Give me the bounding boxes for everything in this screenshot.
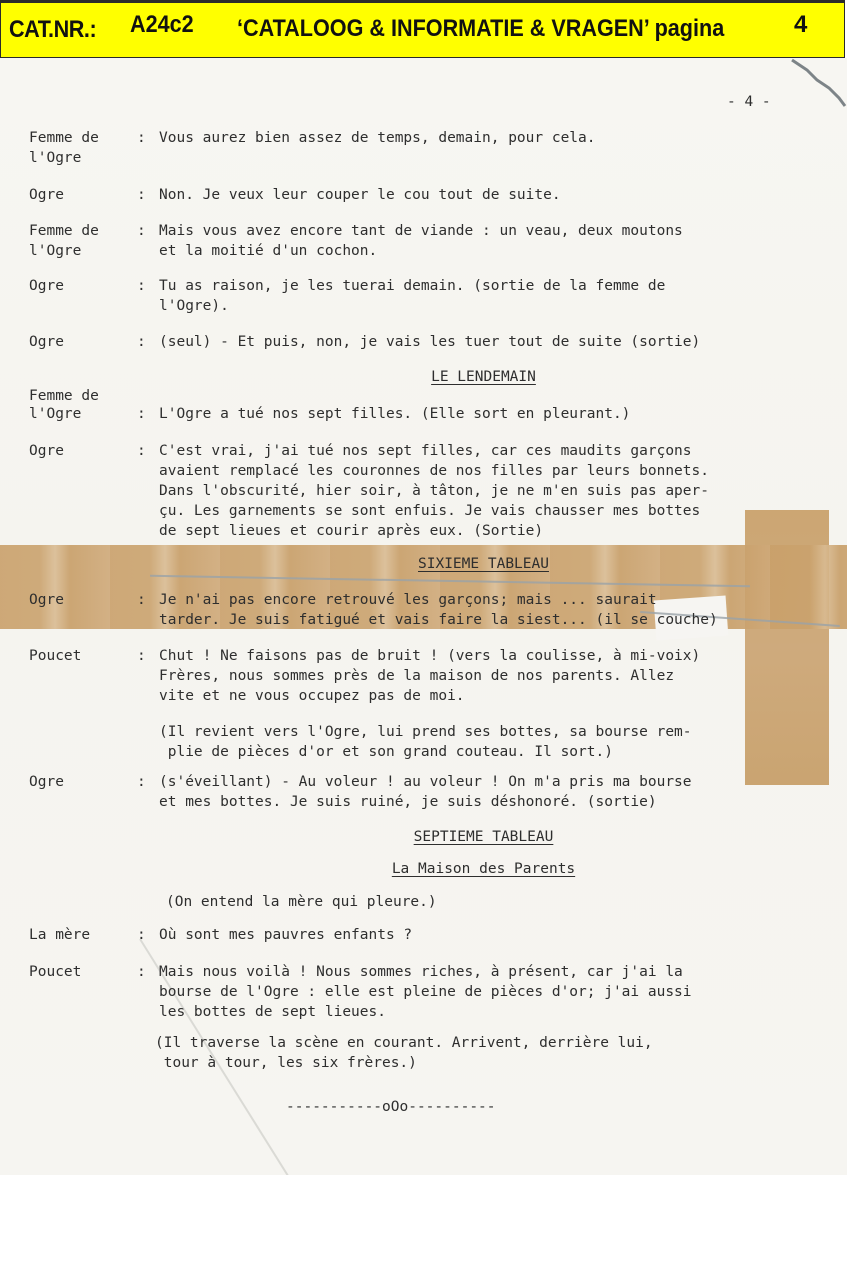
dialogue-line: C'est vrai, j'ai tué nos sept filles, ca… xyxy=(159,441,692,461)
catalog-number-label: CAT.NR.: xyxy=(9,16,96,44)
scanned-page: - 4 -Femme del'Ogre:Vous aurez bien asse… xyxy=(0,58,847,1175)
speaker-name: Ogre xyxy=(29,441,64,461)
dialogue-line: çu. Les garnements se sont enfuis. Je va… xyxy=(159,501,700,521)
stage-direction: plie de pièces d'or et son grand couteau… xyxy=(159,742,613,762)
speaker-name: Femme de xyxy=(29,221,99,241)
catalog-header-bar: CAT.NR.: A24c2 ‘CATALOOG & INFORMATIE & … xyxy=(0,0,845,58)
dialogue-line: Mais nous voilà ! Nous sommes riches, à … xyxy=(159,962,683,982)
section-heading: SIXIEME TABLEAU xyxy=(0,554,847,574)
dialogue-line: l'Ogre). xyxy=(159,296,229,316)
dialogue-line: Tu as raison, je les tuerai demain. (sor… xyxy=(159,276,665,296)
dialogue-line: Dans l'obscurité, hier soir, à tâton, je… xyxy=(159,481,709,501)
speaker-name: Ogre xyxy=(29,276,64,296)
dialogue-line: (s'éveillant) - Au voleur ! au voleur ! … xyxy=(159,772,692,792)
speaker-separator: : xyxy=(137,590,146,610)
dialogue-line: Frères, nous sommes près de la maison de… xyxy=(159,666,674,686)
dialogue-line: tarder. Je suis fatigué et vais faire la… xyxy=(159,610,718,630)
end-divider: -----------oOo---------- xyxy=(286,1097,496,1117)
dialogue-line: et mes bottes. Je suis ruiné, je suis dé… xyxy=(159,792,657,812)
speaker-name: Ogre xyxy=(29,590,64,610)
dialogue-line: vite et ne vous occupez pas de moi. xyxy=(159,686,465,706)
speaker-separator: : xyxy=(137,441,146,461)
dialogue-line: bourse de l'Ogre : elle est pleine de pi… xyxy=(159,982,692,1002)
dialogue-line: L'Ogre a tué nos sept filles. (Elle sort… xyxy=(159,404,630,424)
speaker-name: Femme de xyxy=(29,386,99,406)
dialogue-line: Chut ! Ne faisons pas de bruit ! (vers l… xyxy=(159,646,700,666)
dialogue-line: (seul) - Et puis, non, je vais les tuer … xyxy=(159,332,700,352)
dialogue-line: Vous aurez bien assez de temps, demain, … xyxy=(159,128,596,148)
page-marker: - 4 - xyxy=(727,92,771,112)
speaker-name: Ogre xyxy=(29,772,64,792)
speaker-name: Poucet xyxy=(29,646,81,666)
dialogue-line: Mais vous avez encore tant de viande : u… xyxy=(159,221,683,241)
dialogue-line: de sept lieues et courir après eux. (Sor… xyxy=(159,521,543,541)
stage-direction: (Il revient vers l'Ogre, lui prend ses b… xyxy=(159,722,692,742)
dialogue-line: Non. Je veux leur couper le cou tout de … xyxy=(159,185,561,205)
section-heading: LE LENDEMAIN xyxy=(0,367,847,387)
speaker-name: l'Ogre xyxy=(29,148,81,168)
speaker-separator: : xyxy=(137,962,146,982)
catalog-number-value: A24c2 xyxy=(130,11,194,39)
speaker-separator: : xyxy=(137,276,146,296)
speaker-name: l'Ogre xyxy=(29,404,81,424)
speaker-name: La mère xyxy=(29,925,90,945)
dialogue-line: avaient remplacé les couronnes de nos fi… xyxy=(159,461,709,481)
dialogue-line: Je n'ai pas encore retrouvé les garçons;… xyxy=(159,590,657,610)
catalog-title: ‘CATALOOG & INFORMATIE & VRAGEN’ pagina xyxy=(237,15,724,43)
speaker-name: l'Ogre xyxy=(29,241,81,261)
stage-direction: tour à tour, les six frères.) xyxy=(155,1053,417,1073)
stage-direction: (On entend la mère qui pleure.) xyxy=(166,892,437,912)
section-heading: SEPTIEME TABLEAU xyxy=(0,827,847,847)
dialogue-line: les bottes de sept lieues. xyxy=(159,1002,386,1022)
speaker-separator: : xyxy=(137,772,146,792)
speaker-separator: : xyxy=(137,128,146,148)
speaker-separator: : xyxy=(137,925,146,945)
speaker-separator: : xyxy=(137,404,146,424)
speaker-name: Ogre xyxy=(29,332,64,352)
speaker-separator: : xyxy=(137,185,146,205)
speaker-separator: : xyxy=(137,221,146,241)
speaker-name: Femme de xyxy=(29,128,99,148)
speaker-name: Poucet xyxy=(29,962,81,982)
dialogue-line: Où sont mes pauvres enfants ? xyxy=(159,925,412,945)
stage-direction: (Il traverse la scène en courant. Arrive… xyxy=(155,1033,653,1053)
dialogue-line: et la moitié d'un cochon. xyxy=(159,241,377,261)
speaker-separator: : xyxy=(137,332,146,352)
speaker-separator: : xyxy=(137,646,146,666)
torn-corner-mark xyxy=(787,58,847,108)
speaker-name: Ogre xyxy=(29,185,64,205)
subsection-heading: La Maison des Parents xyxy=(0,859,847,879)
catalog-page-number: 4 xyxy=(794,11,807,39)
